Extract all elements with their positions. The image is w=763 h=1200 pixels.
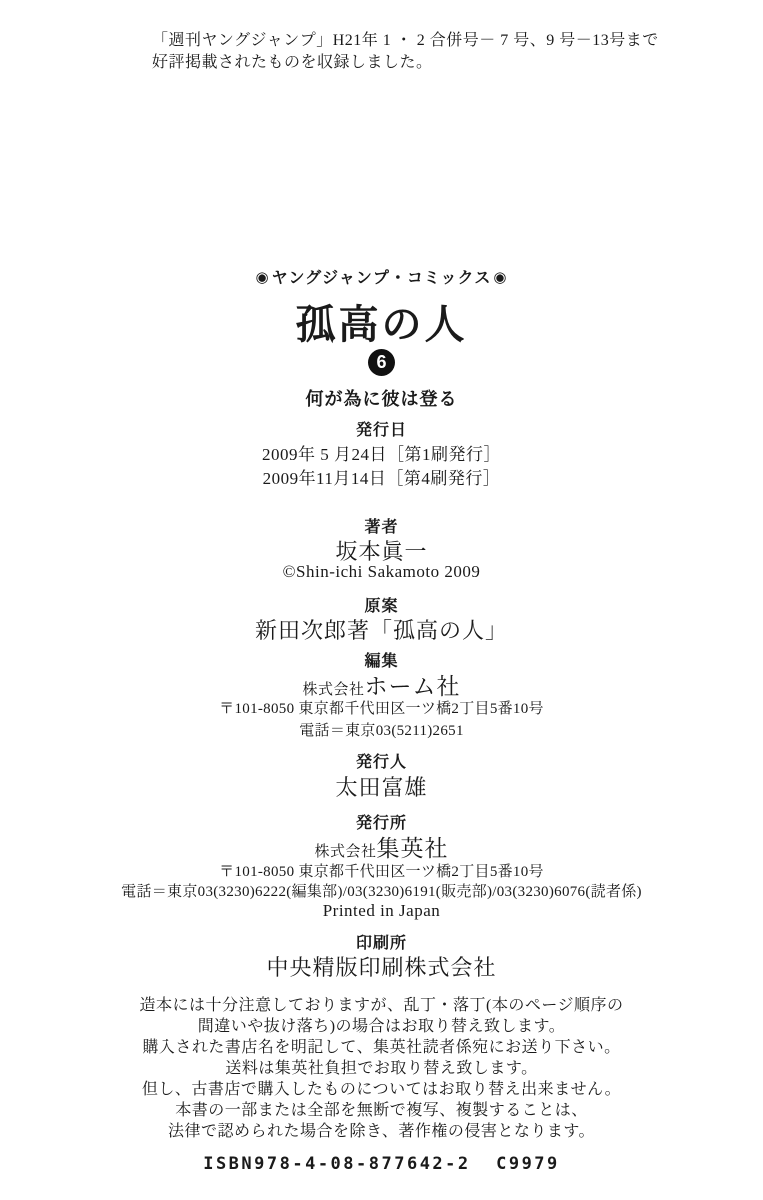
handling-notice: 造本には十分注意しておりますが、乱丁・落丁(本のページ順序の 間違いや抜け落ち)… <box>0 995 763 1142</box>
bullseye-icon-left: ◉ <box>254 269 272 286</box>
volume-badge-row: 6 <box>0 349 763 376</box>
handling-notice-line-6: 本書の一部または全部を無断で複写、複製することは、 <box>0 1100 763 1121</box>
serialization-notice-line-2: 好評掲載されたものを収録しました。 <box>152 52 659 74</box>
editor-company-name: ホーム社 <box>365 674 461 699</box>
colophon-page: 「週刊ヤングジャンプ」H21年 1 ・ 2 合併号－ 7 号、9 号－13号まで… <box>0 0 763 1200</box>
imprint-label: ヤングジャンプ・コミックス <box>272 270 492 287</box>
handling-notice-line-5: 但し、古書店で購入したものについてはお取り替え出来ません。 <box>0 1079 763 1100</box>
editor-company-prefix: 株式会社 <box>302 682 364 698</box>
book-subtitle: 何が為に彼は登る <box>0 385 763 411</box>
publisher-company: 株式会社集英社 <box>0 830 763 863</box>
handling-notice-line-2: 間違いや抜け落ち)の場合はお取り替え致します。 <box>0 1016 763 1037</box>
publication-date-label: 発行日 <box>0 417 763 440</box>
editor-phone: 電話＝東京03(5211)2651 <box>0 719 763 740</box>
printed-in-japan: Printed in Japan <box>0 901 763 921</box>
author-label: 著者 <box>0 514 763 537</box>
original-story-credit: 新田次郎著「孤高の人」 <box>0 614 763 645</box>
imprint-line: ◉ヤングジャンプ・コミックス◉ <box>0 265 763 288</box>
first-printing-date: 2009年 5 月24日［第1刷発行］ <box>0 440 763 465</box>
copyright-line: ©Shin-ichi Sakamoto 2009 <box>0 562 763 582</box>
publisher-company-prefix: 株式会社 <box>314 844 376 860</box>
serialization-notice: 「週刊ヤングジャンプ」H21年 1 ・ 2 合併号－ 7 号、9 号－13号まで… <box>152 30 659 74</box>
publisher-person-name: 太田富雄 <box>0 771 763 802</box>
bullseye-icon-right: ◉ <box>491 269 509 286</box>
publisher-person-label: 発行人 <box>0 749 763 772</box>
volume-badge: 6 <box>368 349 395 376</box>
handling-notice-line-1: 造本には十分注意しておりますが、乱丁・落丁(本のページ順序の <box>0 995 763 1016</box>
printer-label: 印刷所 <box>0 930 763 953</box>
publisher-address: 〒101-8050 東京都千代田区一ツ橋2丁目5番10号 <box>0 860 763 881</box>
book-title: 孤高の人 <box>0 303 763 347</box>
serialization-notice-line-1: 「週刊ヤングジャンプ」H21年 1 ・ 2 合併号－ 7 号、9 号－13号まで <box>152 30 659 52</box>
printer-name: 中央精版印刷株式会社 <box>0 951 763 982</box>
handling-notice-line-4: 送料は集英社負担でお取り替え致します。 <box>0 1058 763 1079</box>
fourth-printing-date: 2009年11月14日［第4刷発行］ <box>0 464 763 489</box>
handling-notice-line-3: 購入された書店名を明記して、集英社読者係宛にお送り下さい。 <box>0 1037 763 1058</box>
editor-address: 〒101-8050 東京都千代田区一ツ橋2丁目5番10号 <box>0 697 763 718</box>
publisher-company-name: 集英社 <box>377 836 449 861</box>
publisher-phone: 電話＝東京03(3230)6222(編集部)/03(3230)6191(販売部)… <box>0 880 763 901</box>
original-story-label: 原案 <box>0 593 763 616</box>
handling-notice-line-7: 法律で認められた場合を除き、著作権の侵害となります。 <box>0 1121 763 1142</box>
isbn-line: ISBN978-4-08-877642-2 C9979 <box>0 1154 763 1174</box>
